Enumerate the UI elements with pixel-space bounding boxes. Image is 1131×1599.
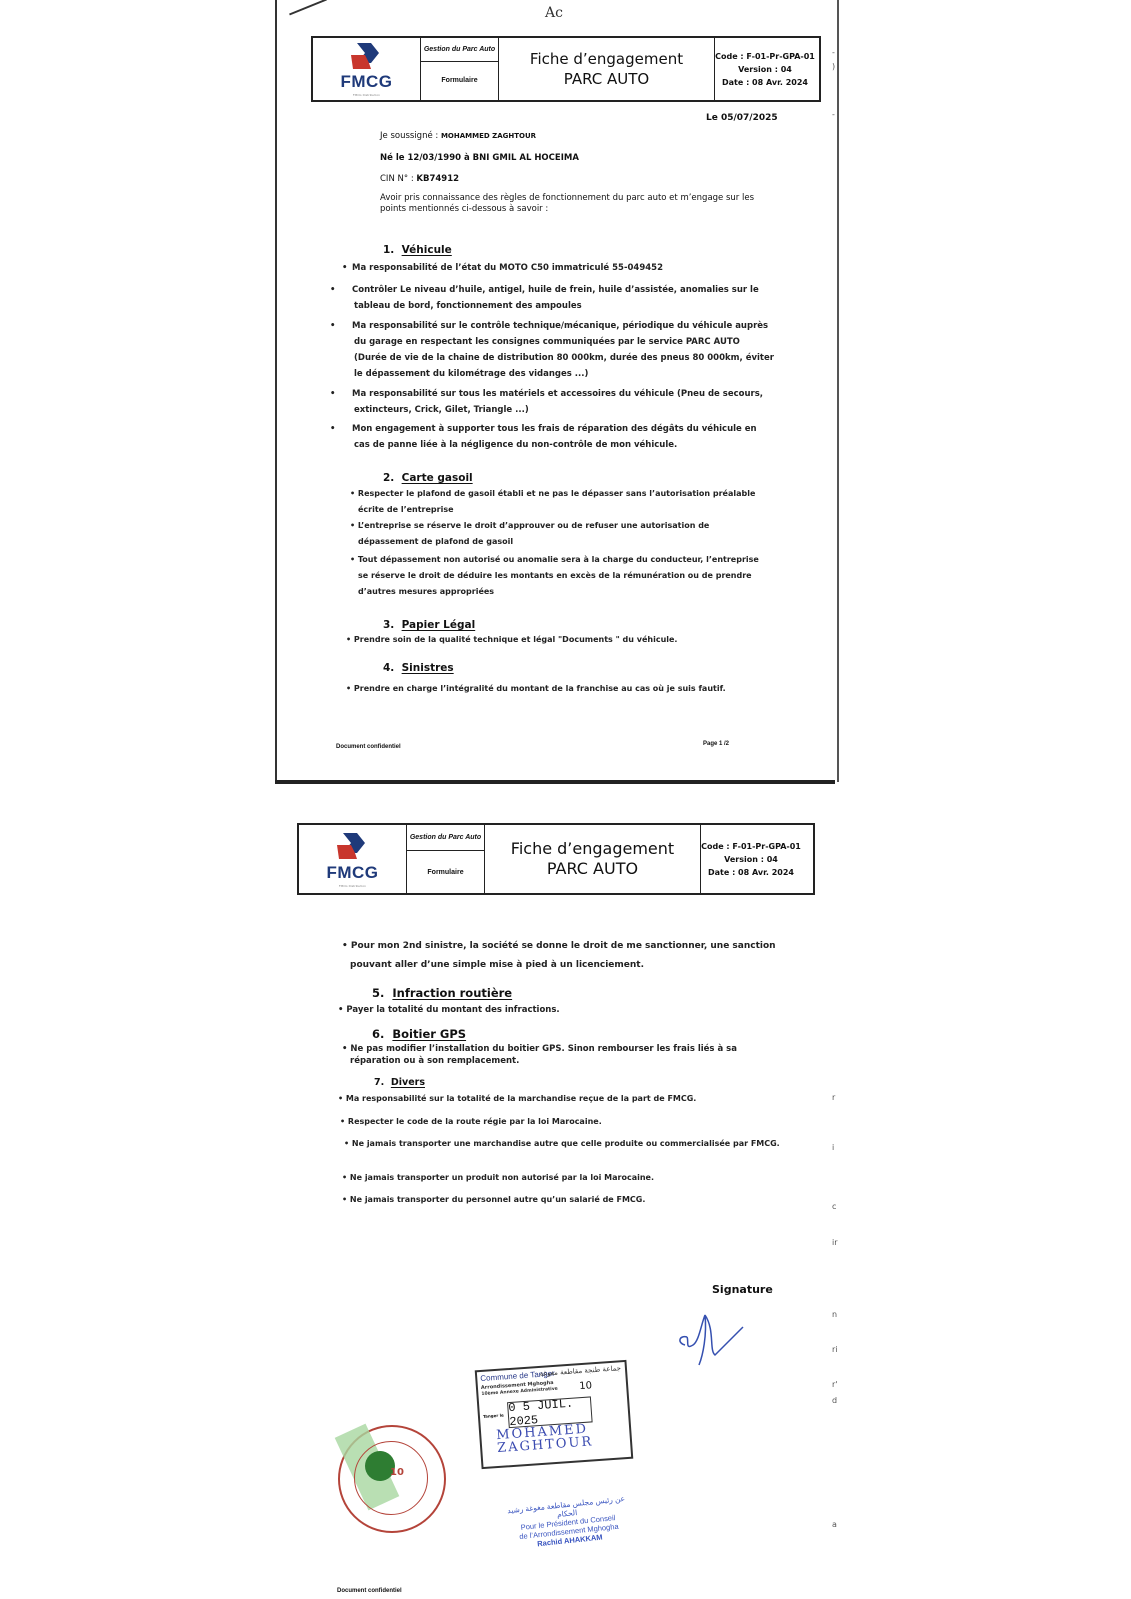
list-item: •Ma responsabilité de l’état du MOTO C50… — [342, 260, 774, 276]
doc-date: Date : 08 Avr. 2024 — [722, 76, 808, 89]
list-item: • Ne jamais transporter du personnel aut… — [342, 1192, 782, 1208]
doc-type-label: Formulaire — [407, 851, 484, 893]
undersigned-line: Je soussigné : MOHAMMED ZAGHTOUR — [380, 128, 536, 144]
intro-text: Avoir pris connaissance des règles de fo… — [380, 193, 775, 215]
stamp-annexe-number: 10 — [579, 1380, 592, 1392]
document-header: FMCG FMCG Distribution Gestion du Parc A… — [311, 36, 821, 102]
round-official-stamp: 10 — [338, 1425, 446, 1533]
company-tagline: FMCG Distribution — [339, 884, 366, 888]
department-label: Gestion du Parc Auto — [421, 38, 498, 62]
edge-mark: i — [832, 1143, 834, 1152]
section-title: Papier Légal — [402, 619, 476, 631]
list-item: • Pour mon 2nd sinistre, la société se d… — [338, 937, 790, 975]
doc-date: Date : 08 Avr. 2024 — [708, 866, 794, 879]
edge-mark: a — [832, 1520, 837, 1529]
document-header: FMCG FMCG Distribution Gestion du Parc A… — [297, 823, 815, 895]
company-name: FMCG — [340, 72, 392, 92]
section-title: Divers — [391, 1077, 425, 1088]
doc-code: Code : F-01-Pr-GPA-01 — [715, 50, 815, 63]
list-item: • Tout dépassement non autorisé ou anoma… — [346, 552, 770, 600]
handwritten-note: Ac — [545, 5, 563, 21]
stamp-city: Tanger le — [483, 1413, 504, 1419]
list-item: • L’entreprise se réserve le droit d’app… — [346, 518, 770, 550]
letter-date: Le 05/07/2025 — [706, 110, 778, 126]
section-title: Carte gasoil — [402, 472, 473, 484]
doc-title: Fiche d’engagement — [530, 49, 683, 69]
birth-line: Né le 12/03/1990 à BNI GMIL AL HOCEIMA — [380, 150, 579, 166]
list-item: •Ma responsabilité sur le contrôle techn… — [342, 318, 774, 382]
doc-version: Version : 04 — [738, 63, 792, 76]
born-value: 12/03/1990 à BNI GMIL AL HOCEIMA — [408, 153, 579, 163]
company-tagline: FMCG Distribution — [353, 93, 380, 97]
section-heading: 2. Carte gasoil — [383, 472, 473, 484]
commune-stamp: Commune de Tanger Arrondissement Mghogha… — [475, 1360, 634, 1469]
signature-label: Signature — [712, 1283, 773, 1296]
born-label: Né le — [380, 153, 405, 163]
section-title: Sinistres — [402, 662, 454, 674]
section-number: 1. — [383, 244, 394, 256]
page-1-shadow-edge — [275, 780, 835, 784]
edge-mark: c — [832, 1202, 836, 1211]
handwritten-signature-icon — [675, 1305, 755, 1370]
department-label: Gestion du Parc Auto — [407, 825, 484, 851]
doc-subtitle: PARC AUTO — [564, 69, 649, 89]
doc-subtitle: PARC AUTO — [547, 859, 638, 879]
page-number: Page 1 /2 — [703, 741, 729, 747]
section-title: Infraction routière — [392, 986, 512, 1000]
list-item: •Ma responsabilité sur tous les matériel… — [342, 386, 774, 418]
section-heading: 4. Sinistres — [383, 662, 454, 674]
list-item: • Payer la totalité du montant des infra… — [338, 1002, 778, 1018]
cin-label: CIN N° : — [380, 174, 414, 184]
section-title: Boitier GPS — [392, 1027, 466, 1041]
list-item: • Ma responsabilité sur la totalité de l… — [338, 1091, 778, 1107]
stamp-arabic: جماعة طنجة مقاطعة مغوغة — [539, 1364, 621, 1378]
fmcg-arrow-icon — [333, 830, 373, 862]
list-item: • Respecter le plafond de gasoil établi … — [346, 486, 770, 518]
edge-mark: r' — [832, 1380, 838, 1389]
edge-mark: ri — [832, 1345, 838, 1354]
section-number: 6. — [372, 1027, 384, 1041]
undersigned-name: MOHAMMED ZAGHTOUR — [441, 132, 536, 140]
company-logo: FMCG FMCG Distribution — [299, 825, 407, 893]
list-item: • Ne pas modifier l’installation du boit… — [338, 1043, 790, 1067]
list-item: • Ne jamais transporter une marchandise … — [340, 1138, 788, 1149]
edge-mark: - — [832, 110, 835, 119]
round-stamp-inner — [354, 1441, 428, 1515]
section-number: 3. — [383, 619, 394, 631]
list-item: •Contrôler Le niveau d’huile, antigel, h… — [342, 282, 774, 314]
doc-title: Fiche d’engagement — [511, 839, 674, 859]
section-title: Véhicule — [402, 244, 452, 256]
list-item: • Prendre soin de la qualité technique e… — [346, 632, 766, 648]
section-heading: 7. Divers — [374, 1077, 425, 1088]
section-heading: 1. Véhicule — [383, 244, 452, 256]
doc-type-label: Formulaire — [421, 62, 498, 100]
section-heading: 5. Infraction routière — [372, 986, 512, 1000]
edge-mark: ) — [832, 62, 835, 71]
list-item: • Prendre en charge l’intégralité du mon… — [346, 681, 766, 697]
section-number: 7. — [374, 1077, 384, 1088]
section-heading: 6. Boitier GPS — [372, 1027, 466, 1041]
edge-mark: n — [832, 1310, 837, 1319]
section-number: 2. — [383, 472, 394, 484]
cin-value: KB74912 — [416, 174, 459, 184]
round-stamp-number: 10 — [390, 1467, 404, 1478]
company-name: FMCG — [326, 863, 378, 883]
footer-confidential: Document confidentiel — [337, 1588, 402, 1594]
edge-mark: - — [832, 48, 835, 57]
fmcg-arrow-icon — [347, 41, 387, 71]
doc-code: Code : F-01-Pr-GPA-01 — [701, 840, 801, 853]
company-logo: FMCG FMCG Distribution — [313, 38, 421, 100]
edge-mark: d — [832, 1396, 837, 1405]
cin-line: CIN N° : KB74912 — [380, 171, 459, 187]
section-heading: 3. Papier Légal — [383, 619, 475, 631]
undersigned-label: Je soussigné : — [380, 131, 438, 141]
list-item: •Mon engagement à supporter tous les fra… — [342, 421, 774, 453]
edge-mark: r — [832, 1093, 835, 1102]
edge-mark: ir — [832, 1238, 838, 1247]
doc-version: Version : 04 — [724, 853, 778, 866]
list-item: • Respecter le code de la route régie pa… — [340, 1114, 780, 1130]
section-number: 4. — [383, 662, 394, 674]
section-number: 5. — [372, 986, 384, 1000]
list-item: • Ne jamais transporter un produit non a… — [342, 1170, 782, 1186]
footer-confidential: Document confidentiel — [336, 744, 401, 750]
